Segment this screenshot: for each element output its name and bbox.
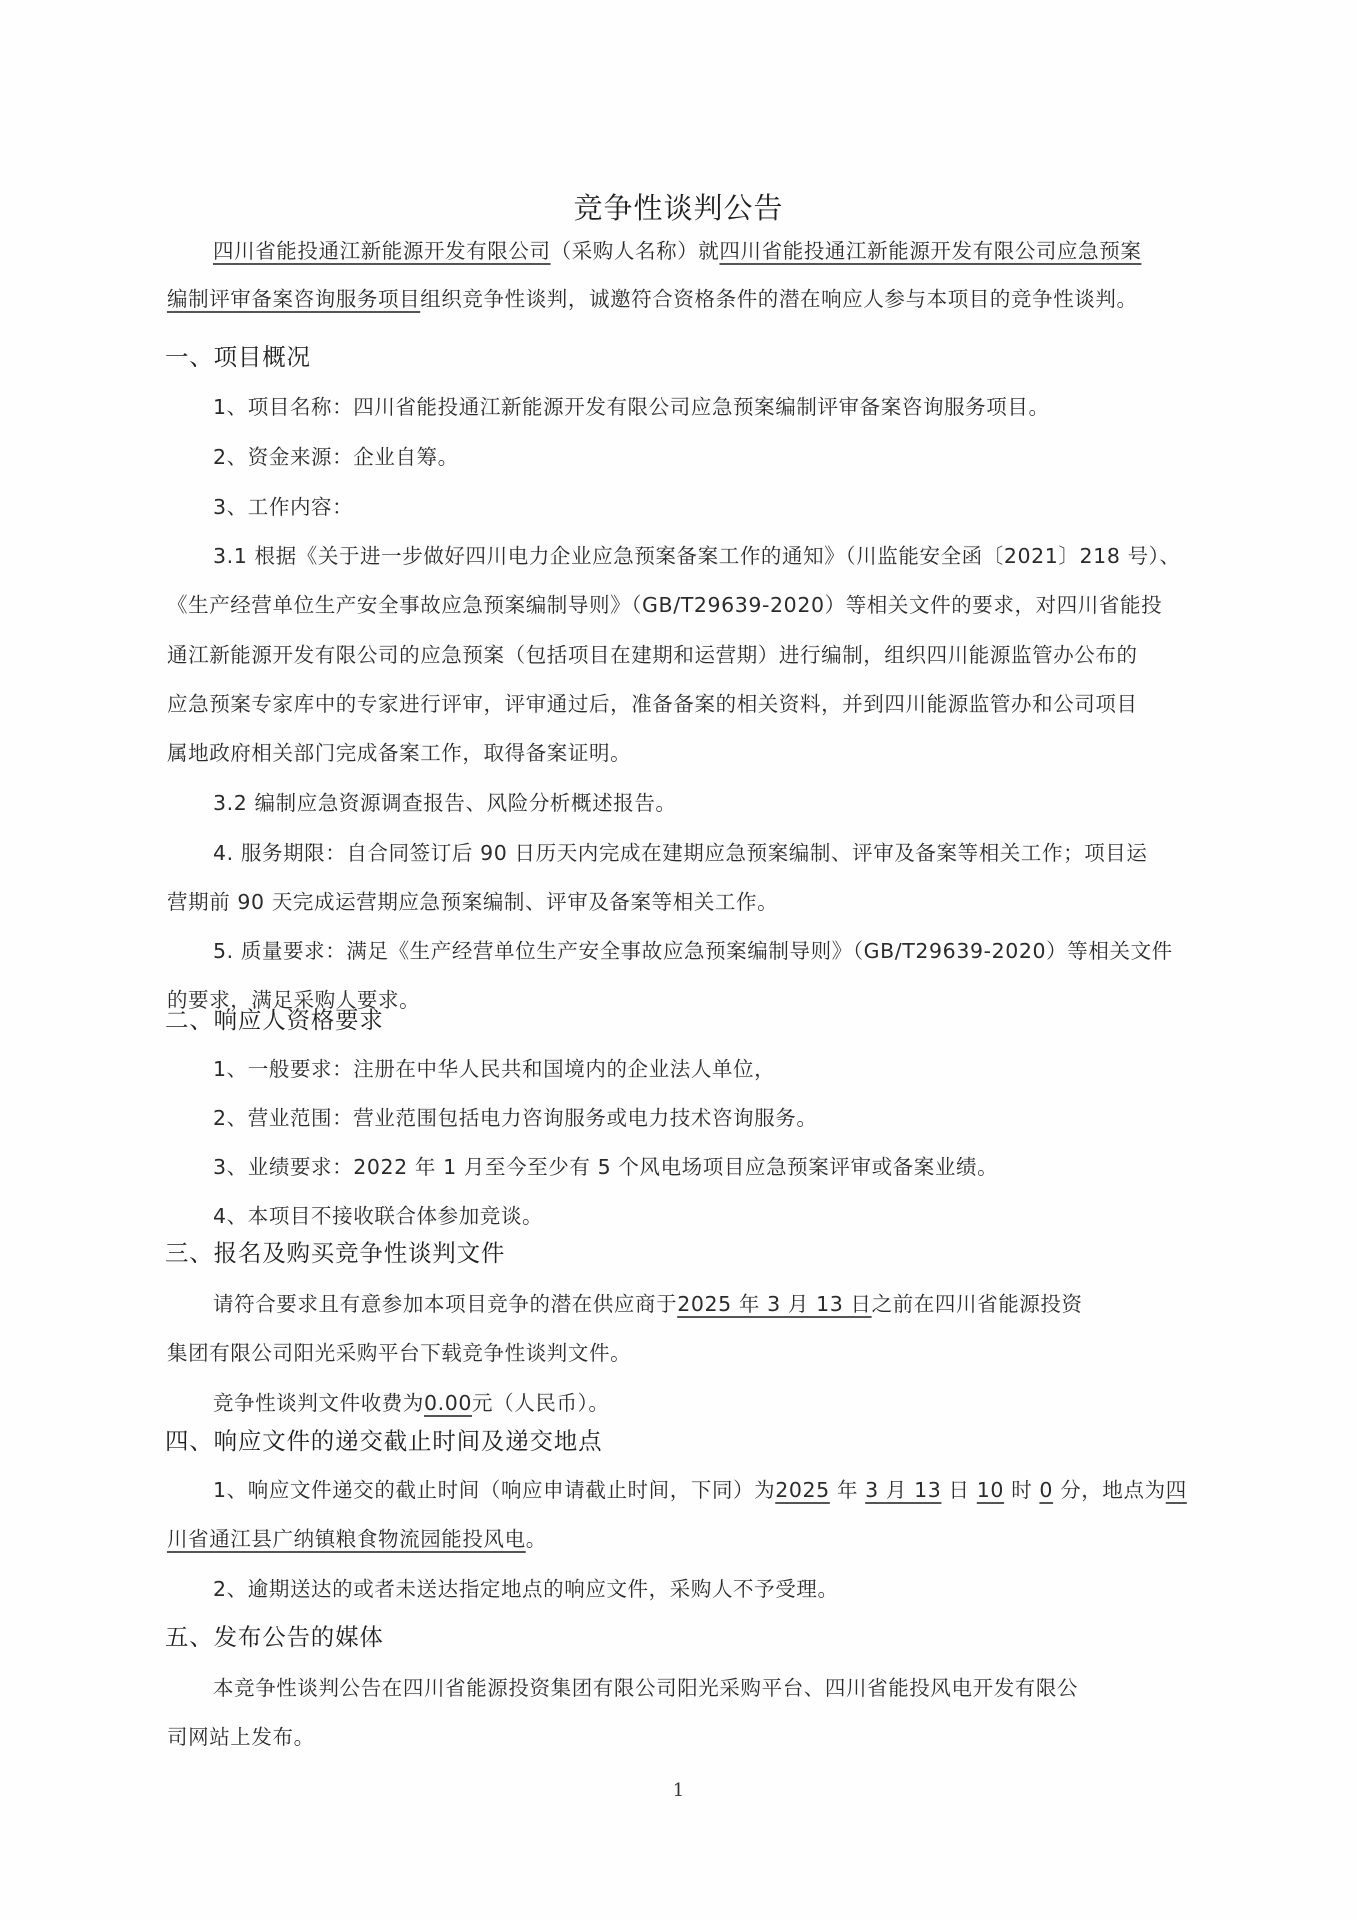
section-5-heading: 五、发布公告的媒体 bbox=[165, 1620, 384, 1654]
deadline-minute: 0 bbox=[1039, 1478, 1053, 1502]
section-1-line: 3.1 根据《关于进一步做好四川电力企业应急预案备案工作的通知》（川监能安全函〔… bbox=[213, 541, 1273, 571]
section-1-line: 3.2 编制应急资源调查报告、风险分析概述报告。 bbox=[213, 788, 1273, 818]
fee-label: 竞争性谈判文件收费为 bbox=[213, 1391, 424, 1415]
section-2-line: 2、营业范围：营业范围包括电力咨询服务或电力技术咨询服务。 bbox=[213, 1103, 1273, 1133]
section-5-line-1: 本竞争性谈判公告在四川省能源投资集团有限公司阳光采购平台、四川省能投风电开发有限… bbox=[213, 1673, 1273, 1703]
section-4-line-3: 2、逾期送达的或者未送达指定地点的响应文件，采购人不予受理。 bbox=[213, 1574, 1273, 1604]
purchaser-label: （采购人名称）就 bbox=[551, 239, 720, 263]
section-5-line-2: 司网站上发布。 bbox=[167, 1722, 1227, 1752]
fee-currency: 元（人民币）。 bbox=[472, 1391, 609, 1415]
section-2-heading: 二、响应人资格要求 bbox=[165, 1003, 384, 1037]
intro-line-2: 编制评审备案咨询服务项目组织竞争性谈判，诚邀符合资格条件的潜在响应人参与本项目的… bbox=[167, 284, 1227, 314]
section-1-line: 属地政府相关部门完成备案工作，取得备案证明。 bbox=[167, 738, 1227, 768]
intro-tail: 组织竞争性谈判，诚邀符合资格条件的潜在响应人参与本项目的竞争性谈判。 bbox=[420, 287, 1137, 311]
section-1-line: 营期前 90 天完成运营期应急预案编制、评审及备案等相关工作。 bbox=[167, 887, 1227, 917]
section-1-line: 通江新能源开发有限公司的应急预案（包括项目在建期和运营期）进行编制，组织四川能源… bbox=[167, 640, 1227, 670]
fee-amount: 0.00 bbox=[424, 1391, 472, 1415]
document-page: 竞争性谈判公告 四川省能投通江新能源开发有限公司（采购人名称）就四川省能投通江新… bbox=[0, 0, 1357, 1920]
section-3-heading: 三、报名及购买竞争性谈判文件 bbox=[165, 1236, 505, 1270]
section-3-line-1-pre: 请符合要求且有意参加本项目竞争的潜在供应商于 bbox=[213, 1292, 677, 1316]
section-1-line: 4. 服务期限：自合同签订后 90 日历天内完成在建期应急预案编制、评审及备案等… bbox=[213, 838, 1273, 868]
purchaser-name: 四川省能投通江新能源开发有限公司 bbox=[213, 239, 551, 263]
section-2-line: 1、一般要求：注册在中华人民共和国境内的企业法人单位， bbox=[213, 1054, 1273, 1084]
section-3-line-1: 请符合要求且有意参加本项目竞争的潜在供应商于2025 年 3 月 13 日之前在… bbox=[213, 1289, 1273, 1319]
deadline-label: 1、响应文件递交的截止时间（响应申请截止时间，下同）为 bbox=[213, 1478, 775, 1502]
section-1-line: 2、资金来源：企业自筹。 bbox=[213, 442, 1273, 472]
registration-deadline-date: 2025 年 3 月 13 日 bbox=[677, 1292, 871, 1316]
project-name-part2: 编制评审备案咨询服务项目 bbox=[167, 287, 420, 311]
intro-line-1: 四川省能投通江新能源开发有限公司（采购人名称）就四川省能投通江新能源开发有限公司… bbox=[213, 236, 1273, 266]
location-part1: 四 bbox=[1166, 1478, 1187, 1502]
location-part2: 川省通江县广纳镇粮食物流园能投风电 bbox=[167, 1527, 526, 1551]
hour-suffix: 时 bbox=[1004, 1478, 1039, 1502]
section-1-line: 1、项目名称：四川省能投通江新能源开发有限公司应急预案编制评审备案咨询服务项目。 bbox=[213, 392, 1273, 422]
section-2-line: 4、本项目不接收联合体参加竞谈。 bbox=[213, 1201, 1273, 1231]
project-name-part1: 四川省能投通江新能源开发有限公司应急预案 bbox=[719, 239, 1141, 263]
year-suffix: 年 bbox=[830, 1478, 865, 1502]
section-1-heading: 一、项目概况 bbox=[165, 340, 311, 374]
section-3-line-3: 竞争性谈判文件收费为0.00元（人民币）。 bbox=[213, 1388, 1273, 1418]
date-suffix: 日 bbox=[941, 1478, 976, 1502]
section-1-line: 《生产经营单位生产安全事故应急预案编制导则》（GB/T29639-2020）等相… bbox=[167, 590, 1227, 620]
page-title: 竞争性谈判公告 bbox=[0, 186, 1357, 227]
deadline-year: 2025 bbox=[775, 1478, 830, 1502]
section-4-line-1: 1、响应文件递交的截止时间（响应申请截止时间，下同）为2025 年 3 月 13… bbox=[213, 1475, 1273, 1505]
section-1-line: 5. 质量要求：满足《生产经营单位生产安全事故应急预案编制导则》（GB/T296… bbox=[213, 936, 1273, 966]
deadline-hour: 10 bbox=[977, 1478, 1004, 1502]
section-4-line-2: 川省通江县广纳镇粮食物流园能投风电。 bbox=[167, 1524, 1227, 1554]
section-2-line: 3、业绩要求：2022 年 1 月至今至少有 5 个风电场项目应急预案评审或备案… bbox=[213, 1152, 1273, 1182]
section-1-line: 应急预案专家库中的专家进行评审，评审通过后，准备备案的相关资料，并到四川能源监管… bbox=[167, 689, 1227, 719]
minute-suffix: 分，地点为 bbox=[1053, 1478, 1166, 1502]
section-4-heading: 四、响应文件的递交截止时间及递交地点 bbox=[165, 1424, 602, 1458]
deadline-date: 3 月 13 bbox=[865, 1478, 941, 1502]
section-3-line-1-post: 之前在四川省能源投资 bbox=[872, 1292, 1083, 1316]
section-1-line: 3、工作内容： bbox=[213, 492, 1273, 522]
section-3-line-2: 集团有限公司阳光采购平台下载竞争性谈判文件。 bbox=[167, 1338, 1227, 1368]
location-end: 。 bbox=[526, 1527, 547, 1551]
page-number: 1 bbox=[0, 1780, 1357, 1801]
